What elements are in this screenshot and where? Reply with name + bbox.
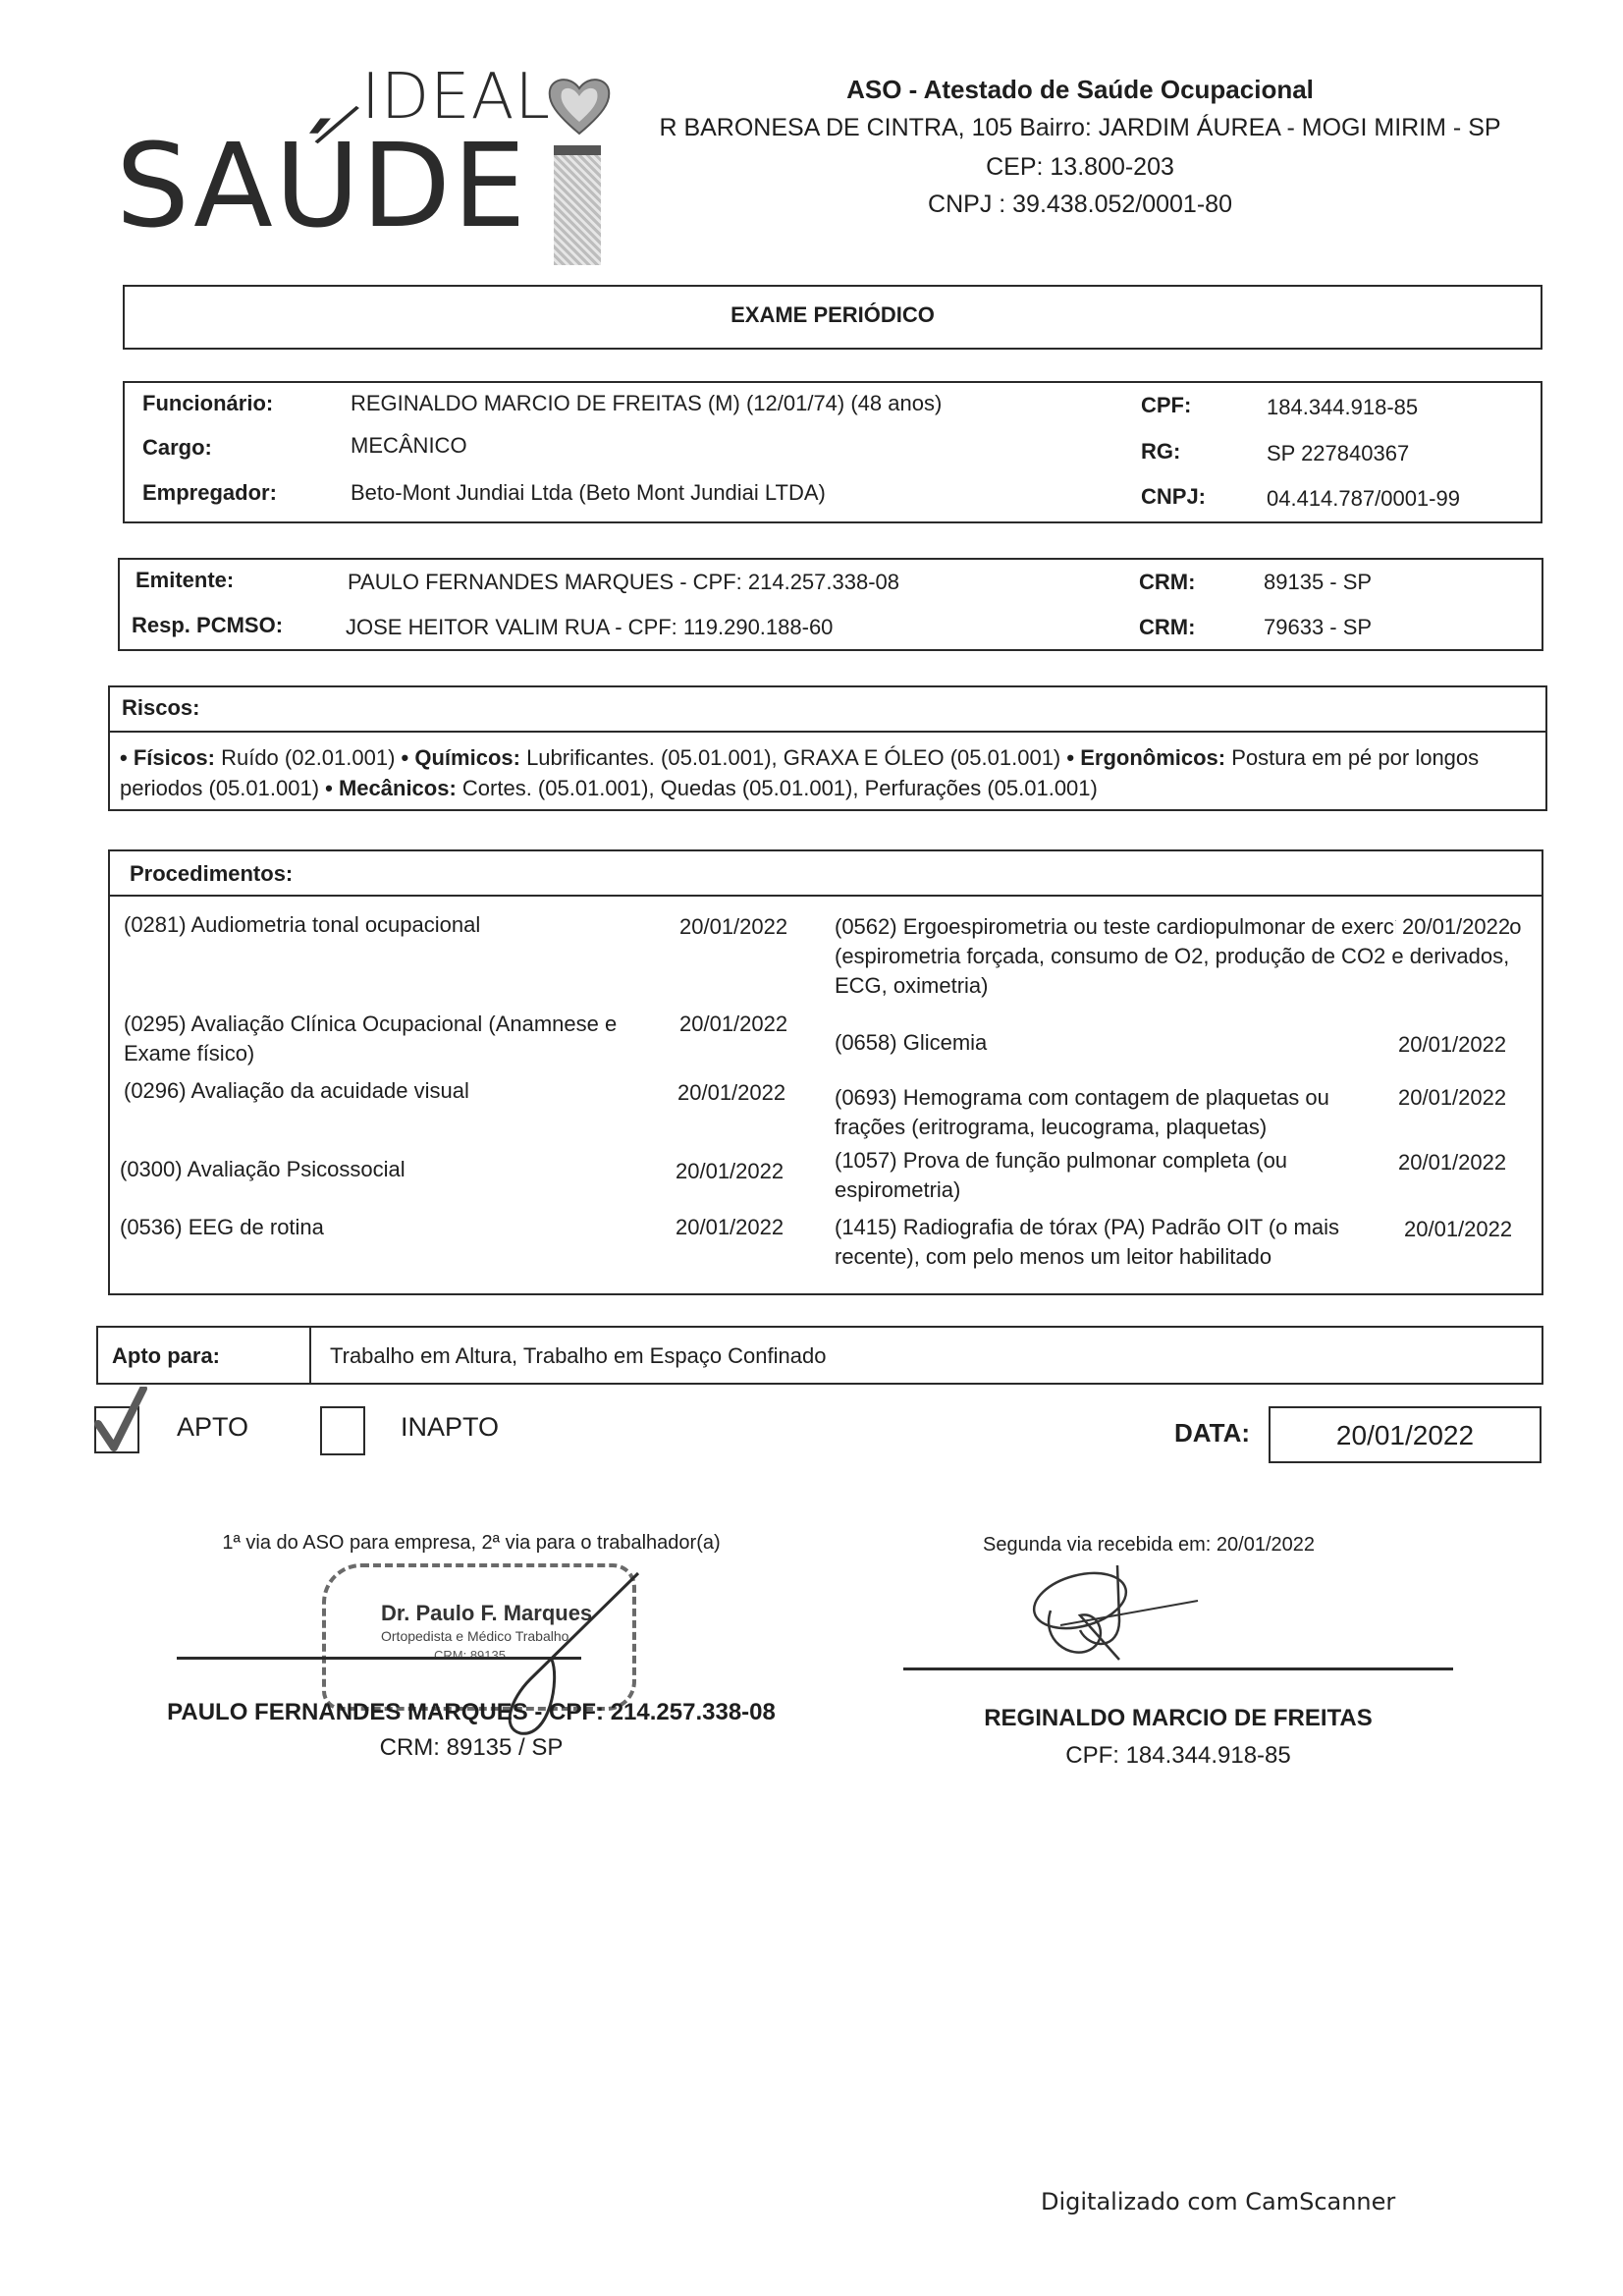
procedure-date: 20/01/2022 — [676, 1159, 784, 1184]
issuer-box: Emitente: PAULO FERNANDES MARQUES - CPF:… — [118, 558, 1543, 651]
procedure-item: (0296) Avaliação da acuidade visual — [124, 1076, 654, 1106]
procedure-date: 20/01/2022 — [1398, 1085, 1506, 1111]
rg-value: SP 227840367 — [1267, 441, 1409, 466]
cargo-label: Cargo: — [142, 435, 212, 461]
inapto-label: INAPTO — [401, 1412, 499, 1443]
checkmark-icon — [92, 1387, 151, 1455]
employee-signature-line — [903, 1667, 1453, 1670]
procedure-item: (0281) Audiometria tonal ocupacional — [124, 910, 654, 940]
inapto-checkbox[interactable] — [320, 1406, 365, 1455]
doctor-signature — [491, 1561, 658, 1758]
employee-cpf: CPF: 184.344.918-85 — [884, 1742, 1473, 1770]
procedure-date: 20/01/2022 — [1396, 914, 1510, 940]
clinic-cnpj: CNPJ : 39.438.052/0001-80 — [668, 191, 1492, 219]
employee-signature — [1021, 1561, 1237, 1669]
risk-item: • Mecânicos: Cortes. (05.01.001), Quedas… — [325, 776, 1098, 800]
crm-pcmso-label: CRM: — [1139, 615, 1195, 640]
apto-label: APTO — [177, 1412, 248, 1443]
heart-icon — [546, 75, 613, 137]
procedure-date: 20/01/2022 — [679, 914, 787, 940]
exam-type-box: EXAME PERIÓDICO — [123, 285, 1542, 350]
procedure-item: (1057) Prova de função pulmonar completa… — [835, 1146, 1345, 1205]
cpf-value: 184.344.918-85 — [1267, 395, 1418, 420]
cnpj-label: CNPJ: — [1141, 484, 1206, 510]
procedure-date: 20/01/2022 — [676, 1215, 784, 1240]
company-logo: IDEAL SAÚDE — [116, 61, 626, 267]
procedure-item: (0536) EEG de rotina — [120, 1213, 650, 1242]
emitente-value: PAULO FERNANDES MARQUES - CPF: 214.257.3… — [348, 570, 899, 595]
apto-para-label: Apto para: — [112, 1343, 220, 1369]
employee-box: Funcionário: REGINALDO MARCIO DE FREITAS… — [123, 381, 1542, 523]
apto-checkbox[interactable] — [94, 1406, 139, 1453]
second-copy-note: Segunda via recebida em: 20/01/2022 — [943, 1534, 1355, 1557]
funcionario-label: Funcionário: — [142, 391, 273, 416]
empregador-value: Beto-Mont Jundiai Ltda (Beto Mont Jundia… — [351, 480, 826, 506]
risk-item: • Químicos: Lubrificantes. (05.01.001), … — [402, 745, 1067, 770]
rg-label: RG: — [1141, 439, 1180, 465]
logo-figure-icon — [554, 145, 601, 265]
crm-pcmso-value: 79633 - SP — [1264, 615, 1372, 640]
clinic-cep: CEP: 13.800-203 — [668, 153, 1492, 182]
cpf-label: CPF: — [1141, 393, 1191, 418]
scanner-watermark: Digitalizado com CamScanner — [1041, 2188, 1395, 2215]
document-title: ASO - Atestado de Saúde Ocupacional — [668, 75, 1492, 105]
procedure-item: (0295) Avaliação Clínica Ocupacional (An… — [124, 1010, 674, 1068]
pcmso-label: Resp. PCMSO: — [132, 613, 283, 638]
exam-type: EXAME PERIÓDICO — [125, 302, 1541, 328]
empregador-label: Empregador: — [142, 480, 277, 506]
apto-para-divider — [309, 1328, 311, 1383]
procedure-item: (0658) Glicemia — [835, 1028, 1365, 1058]
pcmso-value: JOSE HEITOR VALIM RUA - CPF: 119.290.188… — [346, 615, 833, 640]
funcionario-value: REGINALDO MARCIO DE FREITAS (M) (12/01/7… — [351, 391, 942, 416]
employee-name: REGINALDO MARCIO DE FREITAS — [884, 1705, 1473, 1732]
procedure-item: (1415) Radiografia de tórax (PA) Padrão … — [835, 1213, 1424, 1272]
data-value: 20/01/2022 — [1271, 1420, 1540, 1451]
procedure-item: (0693) Hemograma com contagem de plaquet… — [835, 1083, 1370, 1142]
apto-para-box: Apto para: Trabalho em Altura, Trabalho … — [96, 1326, 1543, 1385]
risks-list: • Físicos: Ruído (02.01.001) • Químicos:… — [120, 742, 1526, 803]
doctor-signature-line — [177, 1657, 581, 1660]
procedure-date: 20/01/2022 — [1398, 1217, 1512, 1242]
doctor-name: PAULO FERNANDES MARQUES - CPF: 214.257.3… — [128, 1699, 815, 1726]
risk-item: • Físicos: Ruído (02.01.001) — [120, 745, 402, 770]
procedure-date: 20/01/2022 — [677, 1080, 785, 1106]
data-field: 20/01/2022 — [1269, 1406, 1542, 1463]
doctor-crm: CRM: 89135 / SP — [128, 1734, 815, 1762]
logo-saude-text: SAÚDE — [116, 128, 528, 244]
risks-divider — [110, 731, 1545, 733]
cnpj-value: 04.414.787/0001-99 — [1267, 486, 1460, 512]
cargo-value: MECÂNICO — [351, 433, 467, 459]
procedure-date: 20/01/2022 — [1398, 1032, 1506, 1058]
emitente-label: Emitente: — [135, 568, 234, 593]
crm-emitente-value: 89135 - SP — [1264, 570, 1372, 595]
procedures-box: Procedimentos: (0281) Audiometria tonal … — [108, 849, 1543, 1295]
risks-title: Riscos: — [122, 695, 199, 721]
data-label: DATA: — [1174, 1418, 1250, 1449]
clinic-address: R BARONESA DE CINTRA, 105 Bairro: JARDIM… — [648, 114, 1512, 142]
procedure-date: 20/01/2022 — [1398, 1150, 1506, 1175]
procedures-title: Procedimentos: — [130, 861, 293, 887]
crm-emitente-label: CRM: — [1139, 570, 1195, 595]
apto-para-value: Trabalho em Altura, Trabalho em Espaço C… — [330, 1343, 826, 1369]
copies-note: 1ª via do ASO para empresa, 2ª via para … — [137, 1532, 805, 1555]
procedure-item: (0300) Avaliação Psicossocial — [120, 1155, 650, 1184]
risks-box: Riscos: • Físicos: Ruído (02.01.001) • Q… — [108, 685, 1547, 811]
procedures-divider — [110, 895, 1542, 897]
procedure-date: 20/01/2022 — [679, 1011, 787, 1037]
